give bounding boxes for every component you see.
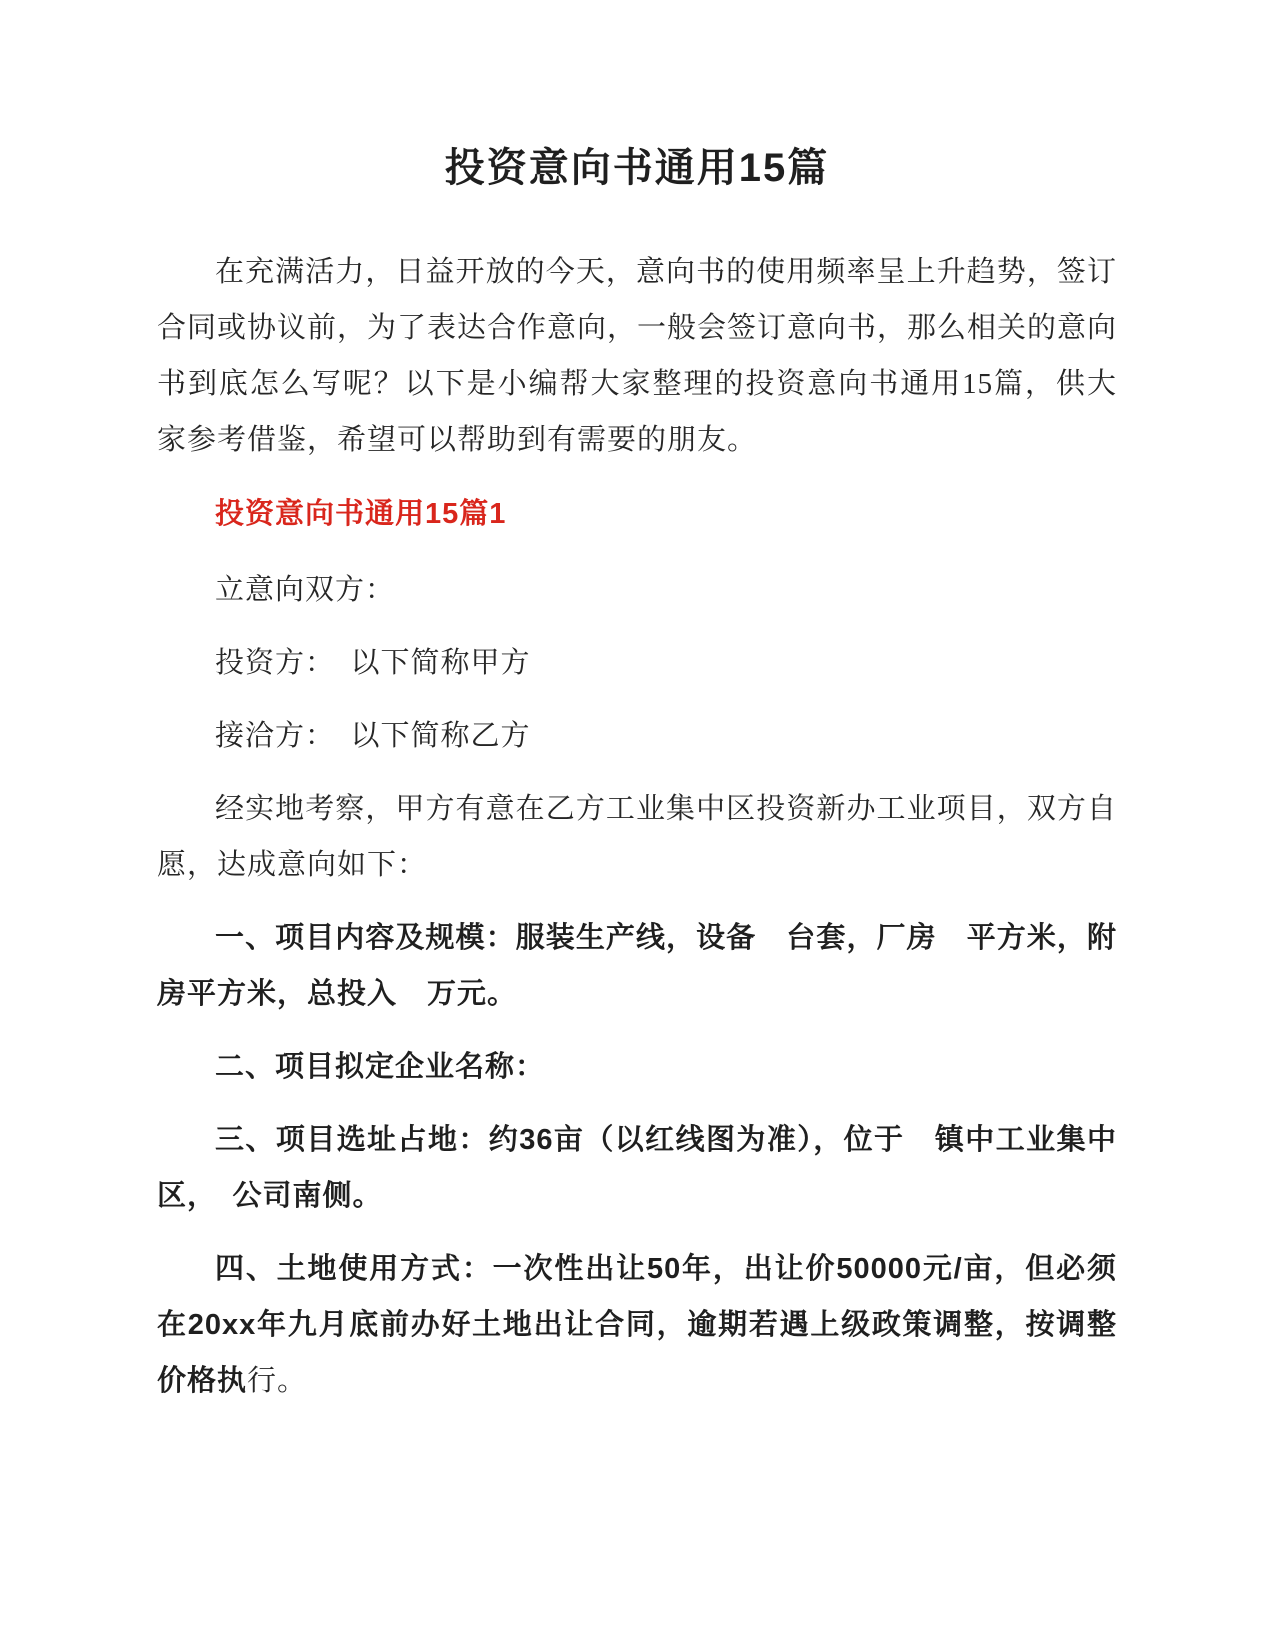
section-heading: 投资意向书通用15篇1 xyxy=(157,486,1117,542)
paragraph-survey: 经实地考察，甲方有意在乙方工业集中区投资新办工业项目，双方自愿，达成意向如下： xyxy=(157,781,1117,893)
paragraph-investor: 投资方： 以下简称甲方 xyxy=(157,635,1117,691)
paragraph-contact: 接洽方： 以下简称乙方 xyxy=(157,708,1117,764)
paragraph-parties: 立意向双方： xyxy=(157,562,1117,618)
list-item-4-tail-text: 行。 xyxy=(247,1365,307,1397)
document-title: 投资意向书通用15篇 xyxy=(157,140,1117,196)
list-item-4: 四、土地使用方式：一次性出让50年，出让价50000元/亩，但必须在20xx年九… xyxy=(157,1241,1117,1409)
list-item-3: 三、项目选址占地：约36亩（以红线图为准），位于 镇中工业集中区， 公司南侧。 xyxy=(157,1112,1117,1224)
list-item-1: 一、项目内容及规模：服装生产线，设备 台套，厂房 平方米，附房平方米，总投入 万… xyxy=(157,910,1117,1022)
intro-paragraph: 在充满活力，日益开放的今天，意向书的使用频率呈上升趋势，签订合同或协议前，为了表… xyxy=(157,244,1117,468)
list-item-2: 二、项目拟定企业名称： xyxy=(157,1039,1117,1095)
document-page: 投资意向书通用15篇 在充满活力，日益开放的今天，意向书的使用频率呈上升趋势，签… xyxy=(0,0,1275,1650)
